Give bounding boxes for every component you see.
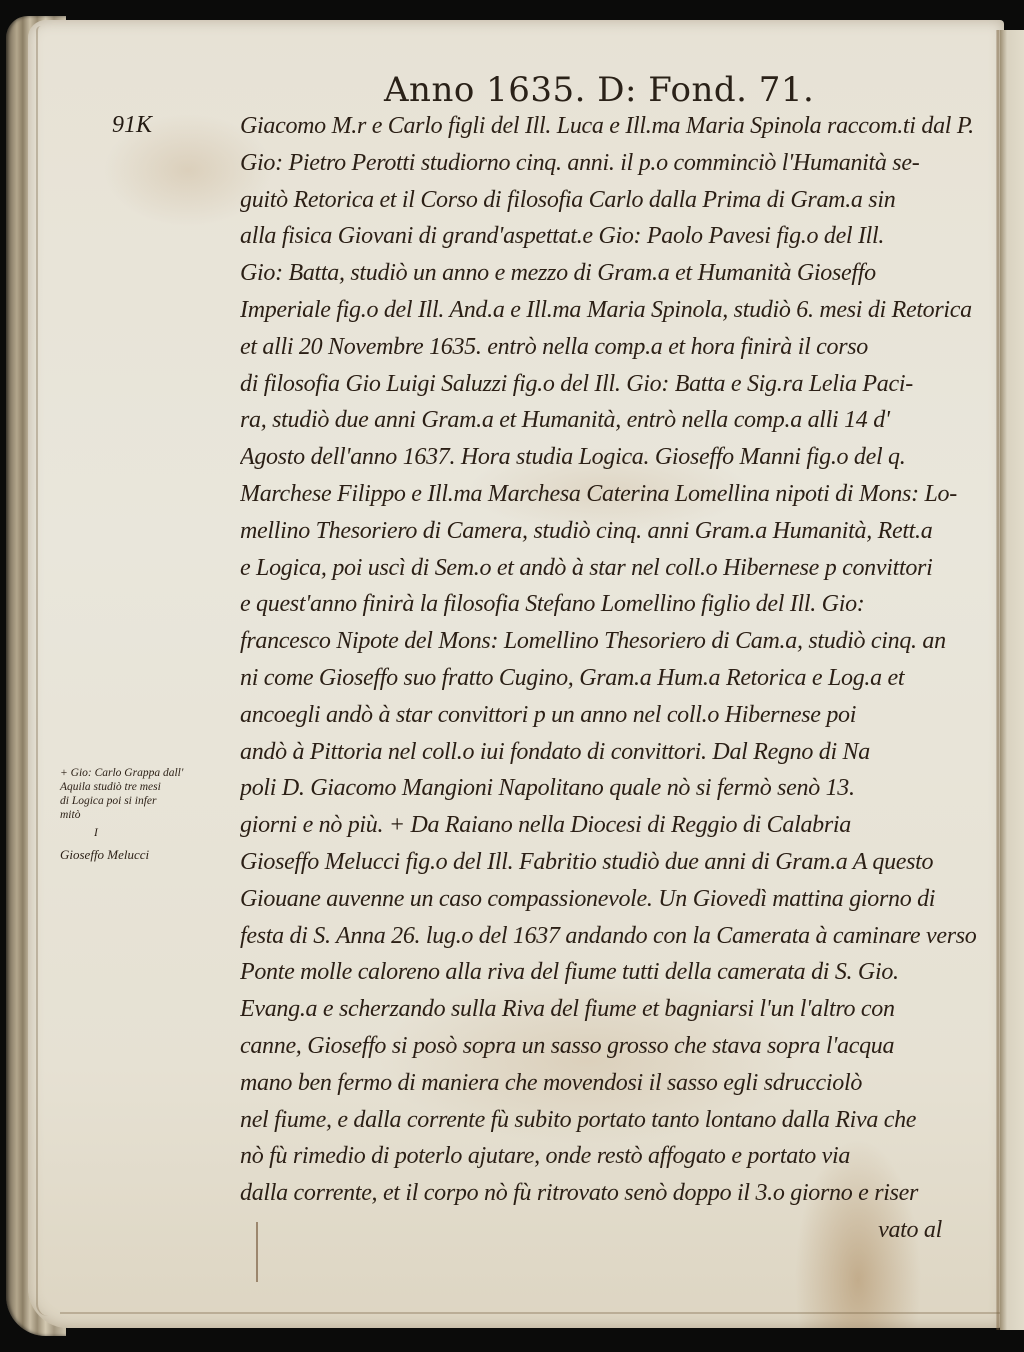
text-line: mano ben fermo di maniera che movendosi …	[240, 1065, 980, 1102]
text-line: Gioseffo Melucci fig.o del Ill. Fabritio…	[240, 844, 980, 881]
text-line: alla fisica Giovani di grand'aspettat.e …	[240, 218, 980, 255]
text-line: nò fù rimedio di poterlo ajutare, onde r…	[240, 1138, 980, 1175]
text-line: Imperiale fig.o del Ill. And.a e Ill.ma …	[240, 292, 980, 329]
text-line: Marchese Filippo e Ill.ma Marchesa Cater…	[240, 476, 980, 513]
text-line: e Logica, poi uscì di Sem.o et andò à st…	[240, 550, 980, 587]
text-line: di filosofia Gio Luigi Saluzzi fig.o del…	[240, 366, 980, 403]
text-line: dalla corrente, et il corpo nò fù ritrov…	[240, 1175, 980, 1212]
text-line: e quest'anno finirà la filosofia Stefano…	[240, 586, 980, 623]
facing-page-edge	[1000, 30, 1024, 1330]
text-line: guitò Retorica et il Corso di filosofia …	[240, 182, 980, 219]
page-heading: Anno 1635. D: Fond. 71.	[384, 70, 814, 110]
margin-note-name: Gioseffo Melucci	[60, 848, 238, 862]
text-line: festa di S. Anna 26. lug.o del 1637 anda…	[240, 918, 980, 955]
margin-note-line: + Gio: Carlo Grappa dall'	[60, 766, 238, 780]
text-line: canne, Gioseffo si posò sopra un sasso g…	[240, 1028, 980, 1065]
margin-note-mark: I	[60, 826, 238, 840]
text-line: nel fiume, e dalla corrente fù subito po…	[240, 1102, 980, 1139]
margin-note-line: Aquila studiò tre mesi	[60, 780, 238, 794]
manuscript-body: Giacomo M.r e Carlo figli del Ill. Luca …	[240, 108, 980, 1249]
catchword-line: vato al	[240, 1212, 980, 1249]
manuscript-scan: Anno 1635. D: Fond. 71. 91K Giacomo M.r …	[0, 0, 1024, 1352]
text-line: Agosto dell'anno 1637. Hora studia Logic…	[240, 439, 980, 476]
text-line: Ponte molle caloreno alla riva del fiume…	[240, 954, 980, 991]
margin-note: + Gio: Carlo Grappa dall' Aquila studiò …	[60, 766, 238, 862]
margin-note-line: di Logica poi si infer	[60, 794, 238, 808]
text-line: mellino Thesoriero di Camera, studiò cin…	[240, 513, 980, 550]
text-line: giorni e nò più. + Da Raiano nella Dioce…	[240, 807, 980, 844]
text-line: Evang.a e scherzando sulla Riva del fium…	[240, 991, 980, 1028]
paper-stain	[256, 1222, 258, 1282]
folio-number: 91K	[112, 112, 152, 139]
text-line: et alli 20 Novembre 1635. entrò nella co…	[240, 329, 980, 366]
page-bottom-edge	[60, 1312, 1000, 1314]
text-line: Giacomo M.r e Carlo figli del Ill. Luca …	[240, 108, 980, 145]
text-line: poli D. Giacomo Mangioni Napolitano qual…	[240, 770, 980, 807]
margin-note-line: mitò	[60, 808, 238, 822]
text-line: ancoegli andò à star convittori p un ann…	[240, 697, 980, 734]
text-line: ra, studiò due anni Gram.a et Humanità, …	[240, 402, 980, 439]
text-line: andò à Pittoria nel coll.o iui fondato d…	[240, 734, 980, 771]
text-line: francesco Nipote del Mons: Lomellino The…	[240, 623, 980, 660]
page-inner-edge	[36, 26, 48, 1316]
text-line: ni come Gioseffo suo fratto Cugino, Gram…	[240, 660, 980, 697]
text-line: Giouane auvenne un caso compassionevole.…	[240, 881, 980, 918]
text-line: Gio: Pietro Perotti studiorno cinq. anni…	[240, 145, 980, 182]
text-line: Gio: Batta, studiò un anno e mezzo di Gr…	[240, 255, 980, 292]
